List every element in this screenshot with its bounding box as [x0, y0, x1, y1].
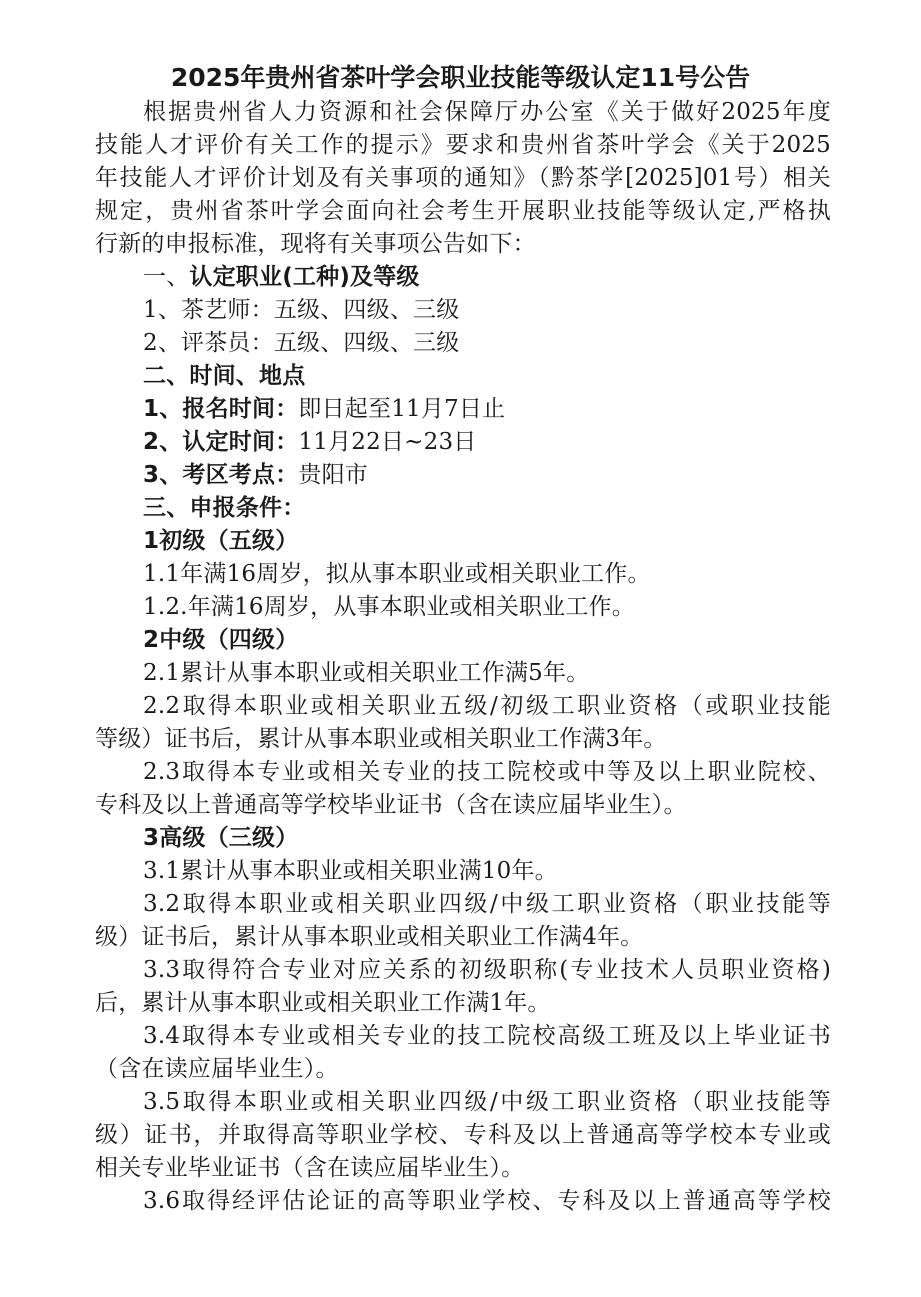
- document-page: 2025年贵州省茶叶学会职业技能等级认定11号公告 根据贵州省人力资源和社会保障…: [0, 0, 921, 1297]
- section-1-item-1: 1、茶艺师：五级、四级、三级: [143, 294, 831, 326]
- assessment-time-label: 2、认定时间：: [143, 429, 298, 455]
- section-3-heading: 三、申报条件：: [143, 492, 831, 524]
- level-3-heading: 3高级（三级）: [143, 822, 831, 854]
- section-1-item-2: 2、评茶员：五级、四级、三级: [143, 327, 831, 359]
- assessment-time-value: 11月22日~23日: [298, 429, 476, 455]
- section-1-heading-text: 认定职业(工种)及等级: [189, 264, 419, 290]
- level-3-item-3-line-2: 后，累计从事本职业或相关职业工作满1年。: [95, 987, 831, 1019]
- section-2-item-3: 3、考区考点：贵阳市: [143, 459, 831, 491]
- level-1-item-2: 1.2.年满16周岁，从事本职业或相关职业工作。: [143, 591, 831, 623]
- exam-location-label: 3、考区考点：: [143, 462, 298, 488]
- registration-time-label: 1、报名时间：: [143, 396, 298, 422]
- section-2-item-2: 2、认定时间：11月22日~23日: [143, 426, 831, 458]
- level-2-item-2-line-2: 等级）证书后，累计从事本职业或相关职业工作满3年。: [95, 723, 831, 755]
- level-1-heading: 1初级（五级）: [143, 525, 831, 557]
- level-2-item-1: 2.1累计从事本职业或相关职业工作满5年。: [143, 657, 831, 689]
- intro-line-5: 行新的申报标准，现将有关事项公告如下：: [95, 228, 831, 260]
- level-3-item-5-line-2: 级）证书，并取得高等职业学校、专科及以上普通高等学校本专业或: [95, 1119, 831, 1151]
- intro-line-2: 技能人才评价有关工作的提示》要求和贵州省茶叶学会《关于2025: [95, 129, 831, 161]
- level-2-heading: 2中级（四级）: [143, 624, 831, 656]
- intro-line-1: 根据贵州省人力资源和社会保障厅办公室《关于做好2025年度: [143, 96, 831, 128]
- section-2-heading: 二、时间、地点: [143, 360, 831, 392]
- document-title: 2025年贵州省茶叶学会职业技能等级认定11号公告: [0, 60, 921, 96]
- level-3-item-6-line-1: 3.6取得经评估论证的高等职业学校、专科及以上普通高等学校: [143, 1185, 831, 1217]
- level-3-item-4-line-2: （含在读应届毕业生）。: [95, 1053, 831, 1085]
- level-3-item-5-line-1: 3.5取得本职业或相关职业四级/中级工职业资格（职业技能等: [143, 1086, 831, 1118]
- level-3-item-2-line-1: 3.2取得本职业或相关职业四级/中级工职业资格（职业技能等: [143, 888, 831, 920]
- level-3-item-2-line-2: 级）证书后，累计从事本职业或相关职业工作满4年。: [95, 921, 831, 953]
- level-3-item-1: 3.1累计从事本职业或相关职业满10年。: [143, 855, 831, 887]
- level-2-item-3-line-1: 2.3取得本专业或相关专业的技工院校或中等及以上职业院校、: [143, 756, 831, 788]
- intro-line-4: 规定，贵州省茶叶学会面向社会考生开展职业技能等级认定,严格执: [95, 195, 831, 227]
- section-2-item-1: 1、报名时间：即日起至11月7日止: [143, 393, 831, 425]
- registration-time-value: 即日起至11月7日止: [298, 396, 505, 422]
- section-1-heading: 一、认定职业(工种)及等级: [143, 261, 831, 293]
- level-2-item-2-line-1: 2.2取得本职业或相关职业五级/初级工职业资格（或职业技能: [143, 690, 831, 722]
- intro-line-3: 年技能人才评价计划及有关事项的通知》（黔茶学[2025]01号）相关: [95, 162, 831, 194]
- level-1-item-1: 1.1年满16周岁，拟从事本职业或相关职业工作。: [143, 558, 831, 590]
- level-2-item-3-line-2: 专科及以上普通高等学校毕业证书（含在读应届毕业生）。: [95, 789, 831, 821]
- level-3-item-4-line-1: 3.4取得本专业或相关专业的技工院校高级工班及以上毕业证书: [143, 1020, 831, 1052]
- level-3-item-3-line-1: 3.3取得符合专业对应关系的初级职称(专业技术人员职业资格): [143, 954, 831, 986]
- exam-location-value: 贵阳市: [298, 462, 368, 488]
- level-3-item-5-line-3: 相关专业毕业证书（含在读应届毕业生）。: [95, 1152, 831, 1184]
- section-1-heading-prefix: 一、: [143, 264, 189, 290]
